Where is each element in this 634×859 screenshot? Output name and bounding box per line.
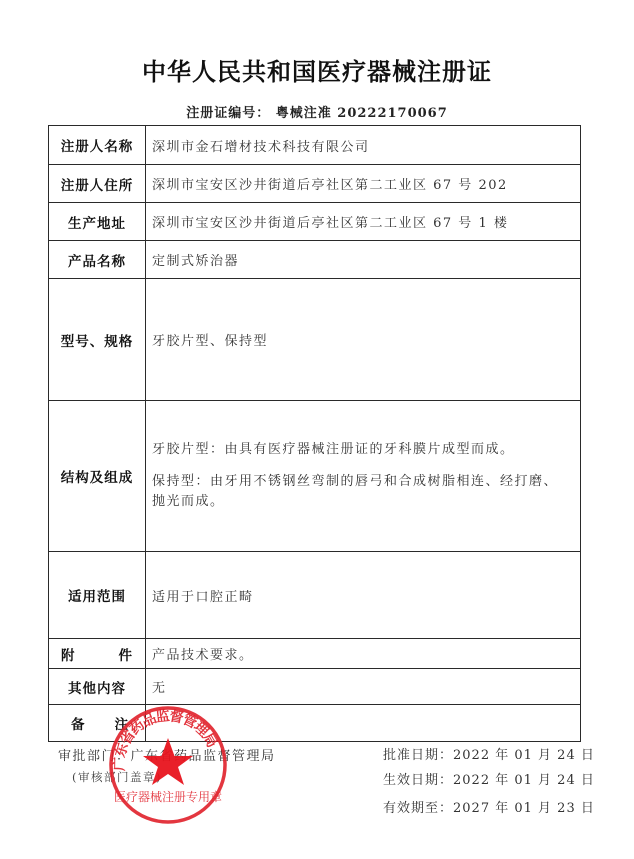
scope-of-application: 适用于口腔正畸 bbox=[146, 552, 581, 639]
row-label: 附 件 bbox=[49, 639, 146, 669]
expiry-date: 有效期至：2027 年 01 月 23 日 bbox=[383, 796, 595, 821]
other-content: 无 bbox=[146, 669, 581, 705]
table-row: 注册人名称 深圳市金石增材技术科技有限公司 bbox=[49, 126, 581, 165]
effective-date: 生效日期：2022 年 01 月 24 日 bbox=[383, 768, 595, 793]
structure-paragraph: 牙胶片型：由具有医疗器械注册证的牙科膜片成型而成。 bbox=[152, 440, 572, 460]
approval-dept: 广东省药品监督管理局 bbox=[131, 749, 276, 764]
approval-date: 批准日期：2022 年 01 月 24 日 bbox=[383, 743, 595, 768]
model-spec: 牙胶片型、保持型 bbox=[146, 279, 581, 401]
svg-text:医疗器械注册专用章: 医疗器械注册专用章 bbox=[114, 789, 222, 804]
production-address: 深圳市宝安区沙井街道后亭社区第二工业区 67 号 1 楼 bbox=[146, 203, 581, 241]
row-label: 产品名称 bbox=[49, 241, 146, 279]
dates-block: 批准日期：2022 年 01 月 24 日 生效日期：2022 年 01 月 2… bbox=[383, 743, 595, 821]
row-label: 备 注 bbox=[49, 705, 146, 742]
attachments: 产品技术要求。 bbox=[146, 639, 581, 669]
registration-number-label: 注册证编号： bbox=[186, 106, 270, 121]
table-row: 其他内容 无 bbox=[49, 669, 581, 705]
approval-dept-note: (审核部门盖章) bbox=[72, 769, 162, 785]
registrant-address: 深圳市宝安区沙井街道后亭社区第二工业区 67 号 202 bbox=[146, 165, 581, 203]
row-label: 生产地址 bbox=[49, 203, 146, 241]
table-row: 注册人住所 深圳市宝安区沙井街道后亭社区第二工业区 67 号 202 bbox=[49, 165, 581, 203]
row-label: 结构及组成 bbox=[49, 401, 146, 552]
row-label: 适用范围 bbox=[49, 552, 146, 639]
document-title: 中华人民共和国医疗器械注册证 bbox=[0, 52, 634, 87]
row-label: 型号、规格 bbox=[49, 279, 146, 401]
structure-composition: 牙胶片型：由具有医疗器械注册证的牙科膜片成型而成。 保持型：由牙用不锈钢丝弯制的… bbox=[146, 401, 581, 552]
table-row: 结构及组成 牙胶片型：由具有医疗器械注册证的牙科膜片成型而成。 保持型：由牙用不… bbox=[49, 401, 581, 552]
row-label: 注册人住所 bbox=[49, 165, 146, 203]
table-row: 备 注 bbox=[49, 705, 581, 742]
table-row: 适用范围 适用于口腔正畸 bbox=[49, 552, 581, 639]
remarks bbox=[146, 705, 581, 742]
table-row: 生产地址 深圳市宝安区沙井街道后亭社区第二工业区 67 号 1 楼 bbox=[49, 203, 581, 241]
table-row: 附 件 产品技术要求。 bbox=[49, 639, 581, 669]
approval-department: 审批部门：广东省药品监督管理局 (审核部门盖章) bbox=[58, 745, 276, 764]
table-row: 型号、规格 牙胶片型、保持型 bbox=[49, 279, 581, 401]
row-label: 其他内容 bbox=[49, 669, 146, 705]
approval-dept-label: 审批部门： bbox=[58, 749, 131, 764]
certificate-table: 注册人名称 深圳市金石增材技术科技有限公司 注册人住所 深圳市宝安区沙井街道后亭… bbox=[48, 125, 581, 742]
registration-number-line: 注册证编号： 粤械注准 20222170067 bbox=[0, 102, 634, 121]
registration-number: 粤械注准 20222170067 bbox=[276, 106, 448, 121]
structure-paragraph: 保持型：由牙用不锈钢丝弯制的唇弓和合成树脂相连、经打磨、抛光而成。 bbox=[152, 472, 572, 512]
row-label: 注册人名称 bbox=[49, 126, 146, 165]
product-name: 定制式矫治器 bbox=[146, 241, 581, 279]
registrant-name: 深圳市金石增材技术科技有限公司 bbox=[146, 126, 581, 165]
table-row: 产品名称 定制式矫治器 bbox=[49, 241, 581, 279]
